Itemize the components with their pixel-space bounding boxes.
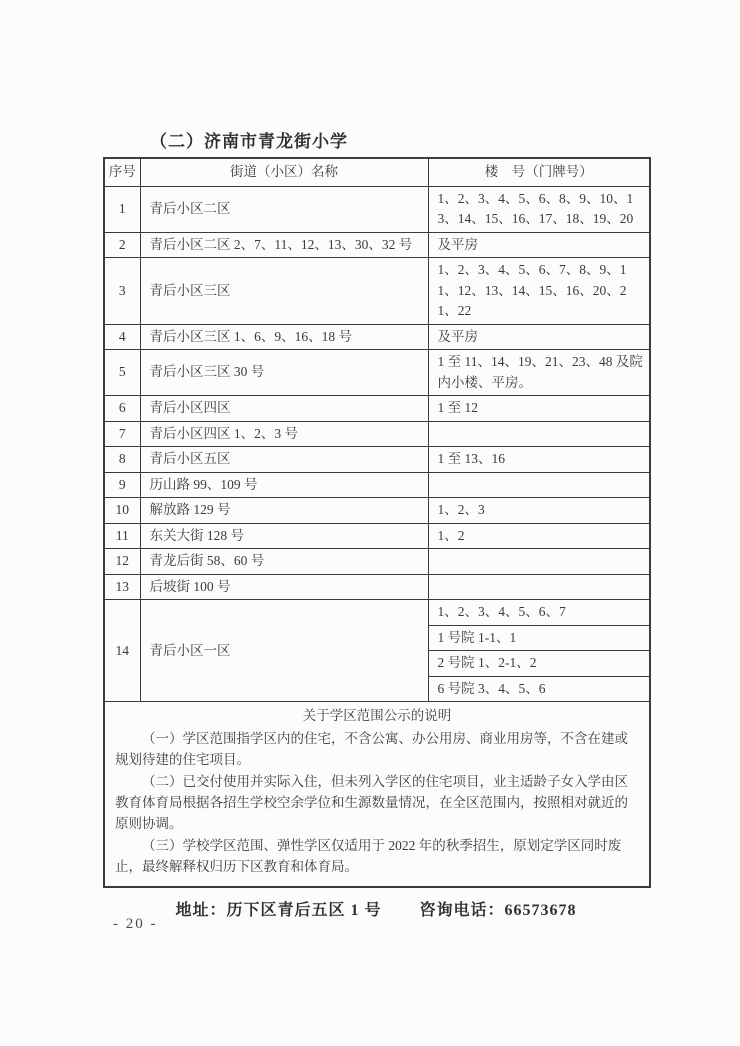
building-numbers-cell: 1、2、3、4、5、6、8、9、10、13、14、15、16、17、18、19、… — [428, 186, 650, 232]
building-numbers-cell: 1 至 13、16 — [428, 447, 650, 473]
row-number-cell: 6 — [104, 396, 140, 422]
table-row: 8青后小区五区1 至 13、16 — [104, 447, 650, 473]
street-name-cell: 青后小区五区 — [140, 447, 428, 473]
table-row: 2青后小区二区 2、7、11、12、13、30、32 号及平房 — [104, 232, 650, 258]
row-number-cell: 5 — [104, 350, 140, 396]
address-text: 地址：历下区青后五区 1 号 — [175, 897, 381, 920]
table-row: 11东关大街 128 号1、2 — [104, 523, 650, 549]
note-paragraph: （三）学校学区范围、弹性学区仅适用于 2022 年的秋季招生，原划定学区同时废止… — [115, 835, 639, 878]
table-row: 10解放路 129 号1、2、3 — [104, 498, 650, 524]
table-row: 14青后小区一区1、2、3、4、5、6、7 — [104, 600, 650, 626]
street-name-cell: 后坡街 100 号 — [140, 574, 428, 600]
row-number-cell: 9 — [104, 472, 140, 498]
street-name-cell: 青后小区四区 1、2、3 号 — [140, 421, 428, 447]
row-number-cell: 4 — [104, 324, 140, 350]
document-page: （二）济南市青龙街小学 序号 街道（小区）名称 楼 号（门牌号） 1青后小区二区… — [0, 0, 740, 1046]
district-table-body: 1青后小区二区1、2、3、4、5、6、8、9、10、13、14、15、16、17… — [104, 186, 650, 702]
building-numbers-cell: 1 至 12 — [428, 396, 650, 422]
street-name-cell: 东关大街 128 号 — [140, 523, 428, 549]
contact-line: 地址：历下区青后五区 1 号 咨询电话：66573678 — [103, 897, 649, 920]
street-name-cell: 青后小区三区 1、6、9、16、18 号 — [140, 324, 428, 350]
building-numbers-cell: 1、2、3 — [428, 498, 650, 524]
building-numbers-cell — [428, 421, 650, 447]
column-header-street-name: 街道（小区）名称 — [140, 158, 428, 186]
building-numbers-cell: 1、2、3、4、5、6、7、8、9、11、12、13、14、15、16、20、2… — [428, 258, 650, 325]
column-header-building-number: 楼 号（门牌号） — [428, 158, 650, 186]
building-numbers-cell — [428, 549, 650, 575]
table-row: 4青后小区三区 1、6、9、16、18 号及平房 — [104, 324, 650, 350]
column-header-no: 序号 — [104, 158, 140, 186]
building-numbers-cell — [428, 574, 650, 600]
table-row: 7青后小区四区 1、2、3 号 — [104, 421, 650, 447]
school-district-table: 序号 街道（小区）名称 楼 号（门牌号） 1青后小区二区1、2、3、4、5、6、… — [103, 157, 651, 888]
notes-row: 关于学区范围公示的说明 （一）学区范围指学区内的住宅，不含公寓、办公用房、商业用… — [104, 702, 650, 887]
notes-cell: 关于学区范围公示的说明 （一）学区范围指学区内的住宅，不含公寓、办公用房、商业用… — [104, 702, 650, 887]
row-number-cell: 1 — [104, 186, 140, 232]
row-number-cell: 10 — [104, 498, 140, 524]
building-numbers-cell: 及平房 — [428, 232, 650, 258]
street-name-cell: 青后小区三区 — [140, 258, 428, 325]
table-header-row: 序号 街道（小区）名称 楼 号（门牌号） — [104, 158, 650, 186]
street-name-cell: 解放路 129 号 — [140, 498, 428, 524]
notes-body: 关于学区范围公示的说明 （一）学区范围指学区内的住宅，不含公寓、办公用房、商业用… — [104, 702, 650, 887]
page-number: - 20 - — [113, 916, 158, 933]
note-paragraph: （一）学区范围指学区内的住宅，不含公寓、办公用房、商业用房等，不含在建或规划待建… — [115, 728, 639, 771]
document-content: （二）济南市青龙街小学 序号 街道（小区）名称 楼 号（门牌号） 1青后小区二区… — [103, 127, 649, 920]
table-row: 5青后小区三区 30 号1 至 11、14、19、21、23、48 及院内小楼、… — [104, 350, 650, 396]
table-row: 1青后小区二区1、2、3、4、5、6、8、9、10、13、14、15、16、17… — [104, 186, 650, 232]
building-numbers-cell: 1 号院 1-1、1 — [428, 625, 650, 651]
notes-title: 关于学区范围公示的说明 — [115, 706, 639, 727]
row-number-cell: 7 — [104, 421, 140, 447]
street-name-cell: 青后小区四区 — [140, 396, 428, 422]
table-header: 序号 街道（小区）名称 楼 号（门牌号） — [104, 158, 650, 186]
table-row: 9历山路 99、109 号 — [104, 472, 650, 498]
street-name-cell: 青后小区二区 2、7、11、12、13、30、32 号 — [140, 232, 428, 258]
row-number-cell: 12 — [104, 549, 140, 575]
table-row: 13后坡街 100 号 — [104, 574, 650, 600]
street-name-cell: 青龙后街 58、60 号 — [140, 549, 428, 575]
street-name-cell: 历山路 99、109 号 — [140, 472, 428, 498]
table-row: 6青后小区四区1 至 12 — [104, 396, 650, 422]
street-name-cell: 青后小区三区 30 号 — [140, 350, 428, 396]
notes-paragraphs: （一）学区范围指学区内的住宅，不含公寓、办公用房、商业用房等，不含在建或规划待建… — [115, 728, 639, 877]
table-row: 12青龙后街 58、60 号 — [104, 549, 650, 575]
building-numbers-cell: 1 至 11、14、19、21、23、48 及院内小楼、平房。 — [428, 350, 650, 396]
building-numbers-cell: 2 号院 1、2-1、2 — [428, 651, 650, 677]
building-numbers-cell: 1、2、3、4、5、6、7 — [428, 600, 650, 626]
row-number-cell: 2 — [104, 232, 140, 258]
row-number-cell: 8 — [104, 447, 140, 473]
street-name-cell: 青后小区一区 — [140, 600, 428, 702]
row-number-cell: 3 — [104, 258, 140, 325]
building-numbers-cell: 6 号院 3、4、5、6 — [428, 676, 650, 702]
building-numbers-cell — [428, 472, 650, 498]
building-numbers-cell: 及平房 — [428, 324, 650, 350]
row-number-cell: 11 — [104, 523, 140, 549]
table-row: 3青后小区三区1、2、3、4、5、6、7、8、9、11、12、13、14、15、… — [104, 258, 650, 325]
note-paragraph: （二）已交付使用并实际入住，但未列入学区的住宅项目，业主适龄子女入学由区教育体育… — [115, 771, 639, 835]
row-number-cell: 14 — [104, 600, 140, 702]
street-name-cell: 青后小区二区 — [140, 186, 428, 232]
section-title: （二）济南市青龙街小学 — [150, 127, 649, 152]
building-numbers-cell: 1、2 — [428, 523, 650, 549]
phone-text: 咨询电话：66573678 — [420, 897, 577, 920]
row-number-cell: 13 — [104, 574, 140, 600]
